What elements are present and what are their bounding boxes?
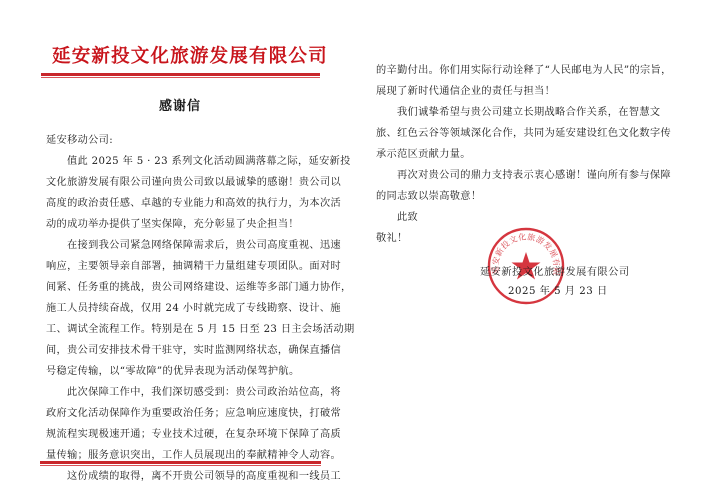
body-line: 间紧、任务重的挑战，贵公司网络建设、运维等多部门通力协作， <box>46 277 316 298</box>
body-line: 这份成绩的取得，离不开贵公司领导的高度重视和一线员工 <box>46 466 316 487</box>
body-line: 展现了新时代通信企业的责任与担当！ <box>376 81 664 102</box>
body-line: 号稳定传输，以“零故障”的优异表现为活动保驾护航。 <box>46 361 316 382</box>
body-line: 旅、红色云谷等领域深化合作，共同为延安建设红色文化数字传 <box>376 123 664 144</box>
letterhead-red-divider <box>41 73 320 76</box>
letter-page-1: 延安新投文化旅游发展有限公司 感谢信 延安移动公司: 值此 2025 年 5 ·… <box>0 0 360 500</box>
body-line: 值此 2025 年 5 · 23 系列文化活动圆满落幕之际，延安新投 <box>46 151 316 172</box>
body-line: 承示范区贡献力量。 <box>376 144 664 165</box>
body-line: 的同志致以崇高敬意！ <box>376 186 664 207</box>
body-line: 动的成功举办提供了坚实保障，充分彰显了央企担当！ <box>46 214 316 235</box>
body-line: 文化旅游发展有限公司谨向贵公司致以最诚挚的感谢！贵公司以 <box>46 172 316 193</box>
letter-body-page-2: 的辛勤付出。你们用实际行动诠释了“人民邮电为人民”的宗旨， 展现了新时代通信企业… <box>376 60 664 249</box>
salutation: 延安移动公司: <box>46 130 316 151</box>
closing-line: 此致 <box>376 207 664 228</box>
signature-date: 2025 年 5 月 23 日 <box>508 282 608 297</box>
body-line: 工、调试全流程工作。特别是在 5 月 15 日至 23 日主会场活动期 <box>46 319 316 340</box>
body-line: 高度的政治责任感、卓越的专业能力和高效的执行力，为本次活 <box>46 193 316 214</box>
body-line: 施工人员持续奋战，仅用 24 小时就完成了专线勘察、设计、施 <box>46 298 316 319</box>
body-line: 我们诚挚希望与贵公司建立长期战略合作关系，在智慧文 <box>376 102 664 123</box>
body-line: 政府文化活动保障作为重要政治任务；应急响应速度快，打破常 <box>46 403 316 424</box>
signature-organization: 延安新投文化旅游发展有限公司 <box>480 263 630 278</box>
body-line: 规流程实现极速开通；专业技术过硬，在复杂环境下保障了高质 <box>46 424 316 445</box>
footer-red-divider <box>40 461 321 464</box>
body-line: 此次保障工作中，我们深切感受到：贵公司政治站位高，将 <box>46 382 316 403</box>
body-line: 间，贵公司安排技术骨干驻守，实时监测网络状态，确保直播信 <box>46 340 316 361</box>
letter-body-page-1: 延安移动公司: 值此 2025 年 5 · 23 系列文化活动圆满落幕之际，延安… <box>46 130 316 487</box>
document-title: 感谢信 <box>0 95 360 114</box>
letter-page-2: 的辛勤付出。你们用实际行动诠释了“人民邮电为人民”的宗旨， 展现了新时代通信企业… <box>360 0 707 500</box>
body-line: 在接到我公司紧急网络保障需求后，贵公司高度重视、迅速 <box>46 235 316 256</box>
body-line: 的辛勤付出。你们用实际行动诠释了“人民邮电为人民”的宗旨， <box>376 60 664 81</box>
letterhead-organization: 延安新投文化旅游发展有限公司 <box>52 42 324 68</box>
body-line: 响应，主要领导亲自部署，抽调精干力量组建专项团队。面对时 <box>46 256 316 277</box>
body-line: 再次对贵公司的鼎力支持表示衷心感谢！谨向所有参与保障 <box>376 165 664 186</box>
